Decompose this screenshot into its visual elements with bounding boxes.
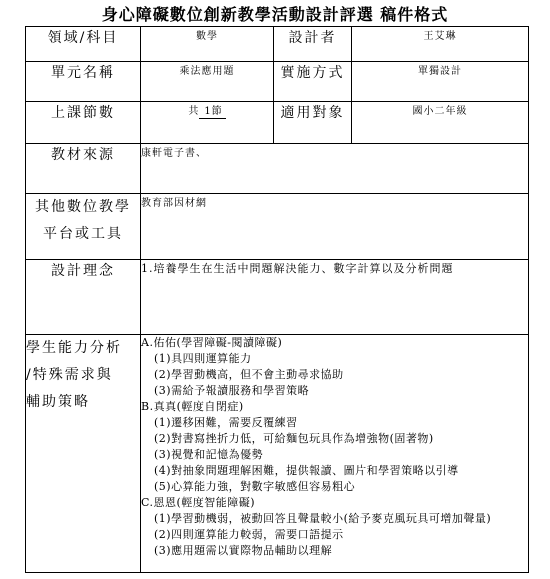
row-unit-method: 單元名稱 乘法應用題 實施方式 單獨設計 [26,62,529,102]
row-sessions-audience: 上課節數 共1節 適用對象 國小二年級 [26,102,529,144]
student-line-c3: (3)應用題需以實際物品輔助以理解 [141,543,528,559]
student-line-c1: (1)學習動機弱，被動回答且聲量較小(給予麥克風玩具可增加聲量) [141,511,528,527]
label-digital-platforms: 其他數位教學 平台或工具 [26,194,141,260]
document-page: 身心障礙數位創新教學活動設計評選 稿件格式 領域/科目 數學 設計者 王艾琳 單… [0,0,550,579]
value-material-source: 康軒電子書、 [141,144,529,194]
label-design-concept: 設計理念 [26,260,141,335]
row-student-analysis: 學生能力分析 /特殊需求與 輔助策略 A.佑佑(學習障礙-閱讀障礙) (1)具四… [26,335,529,573]
label-digital-platforms-line2: 平台或工具 [26,221,140,248]
row-digital-platforms: 其他數位教學 平台或工具 教育部因材網 [26,194,529,260]
form-table: 領域/科目 數學 設計者 王艾琳 單元名稱 乘法應用題 實施方式 單獨設計 上課… [25,26,529,573]
label-target-audience: 適用對象 [274,102,352,144]
value-digital-platforms: 教育部因材網 [141,194,529,260]
student-line-a2: (2)學習動機高，但不會主動尋求協助 [141,367,528,383]
student-line-b1: (1)遷移困難，需要反覆練習 [141,415,528,431]
student-line-b-header: B.真真(輕度自閉症) [141,399,528,415]
student-line-c-header: C.恩恩(輕度智能障礙) [141,495,528,511]
sessions-prefix: 共 [188,106,199,117]
value-domain-subject: 數學 [141,27,274,62]
student-line-c2: (2)四則運算能力較弱，需要口語提示 [141,527,528,543]
student-line-b3: (3)視覺和記憶為優勢 [141,447,528,463]
student-line-b4: (4)對抽象問題理解困難，提供報讀、圖片和學習策略以引導 [141,463,528,479]
student-line-a-header: A.佑佑(學習障礙-閱讀障礙) [141,335,528,351]
label-designer: 設計者 [274,27,352,62]
page-title: 身心障礙數位創新教學活動設計評選 稿件格式 [0,2,550,25]
label-domain-subject: 領域/科目 [26,27,141,62]
value-student-analysis: A.佑佑(學習障礙-閱讀障礙) (1)具四則運算能力 (2)學習動機高，但不會主… [141,335,529,573]
value-designer: 王艾琳 [352,27,529,62]
value-target-audience: 國小二年級 [352,102,529,144]
label-digital-platforms-line1: 其他數位教學 [26,194,140,221]
row-material-source: 教材來源 康軒電子書、 [26,144,529,194]
value-implementation: 單獨設計 [352,62,529,102]
label-material-source: 教材來源 [26,144,141,194]
value-unit-name: 乘法應用題 [141,62,274,102]
sessions-fill-underline: 1節 [199,106,225,119]
student-line-a3: (3)需給予報讀服務和學習策略 [141,383,528,399]
student-line-b2: (2)對書寫挫折力低，可給麵包玩具作為增強物(固著物) [141,431,528,447]
value-design-concept: 1.培養學生在生活中問題解決能力、數字計算以及分析問題 [141,260,529,335]
label-student-analysis-line3: 輔助策略 [26,389,140,416]
label-student-analysis-line2: /特殊需求與 [26,362,140,389]
label-class-sessions: 上課節數 [26,102,141,144]
label-unit-name: 單元名稱 [26,62,141,102]
student-line-a1: (1)具四則運算能力 [141,351,528,367]
row-design-concept: 設計理念 1.培養學生在生活中問題解決能力、數字計算以及分析問題 [26,260,529,335]
label-student-analysis-line1: 學生能力分析 [26,335,140,362]
value-class-sessions: 共1節 [141,102,274,144]
row-domain-designer: 領域/科目 數學 設計者 王艾琳 [26,27,529,62]
label-implementation: 實施方式 [274,62,352,102]
label-student-analysis: 學生能力分析 /特殊需求與 輔助策略 [26,335,141,573]
student-line-b5: (5)心算能力強，對數字敏感但容易粗心 [141,479,528,495]
